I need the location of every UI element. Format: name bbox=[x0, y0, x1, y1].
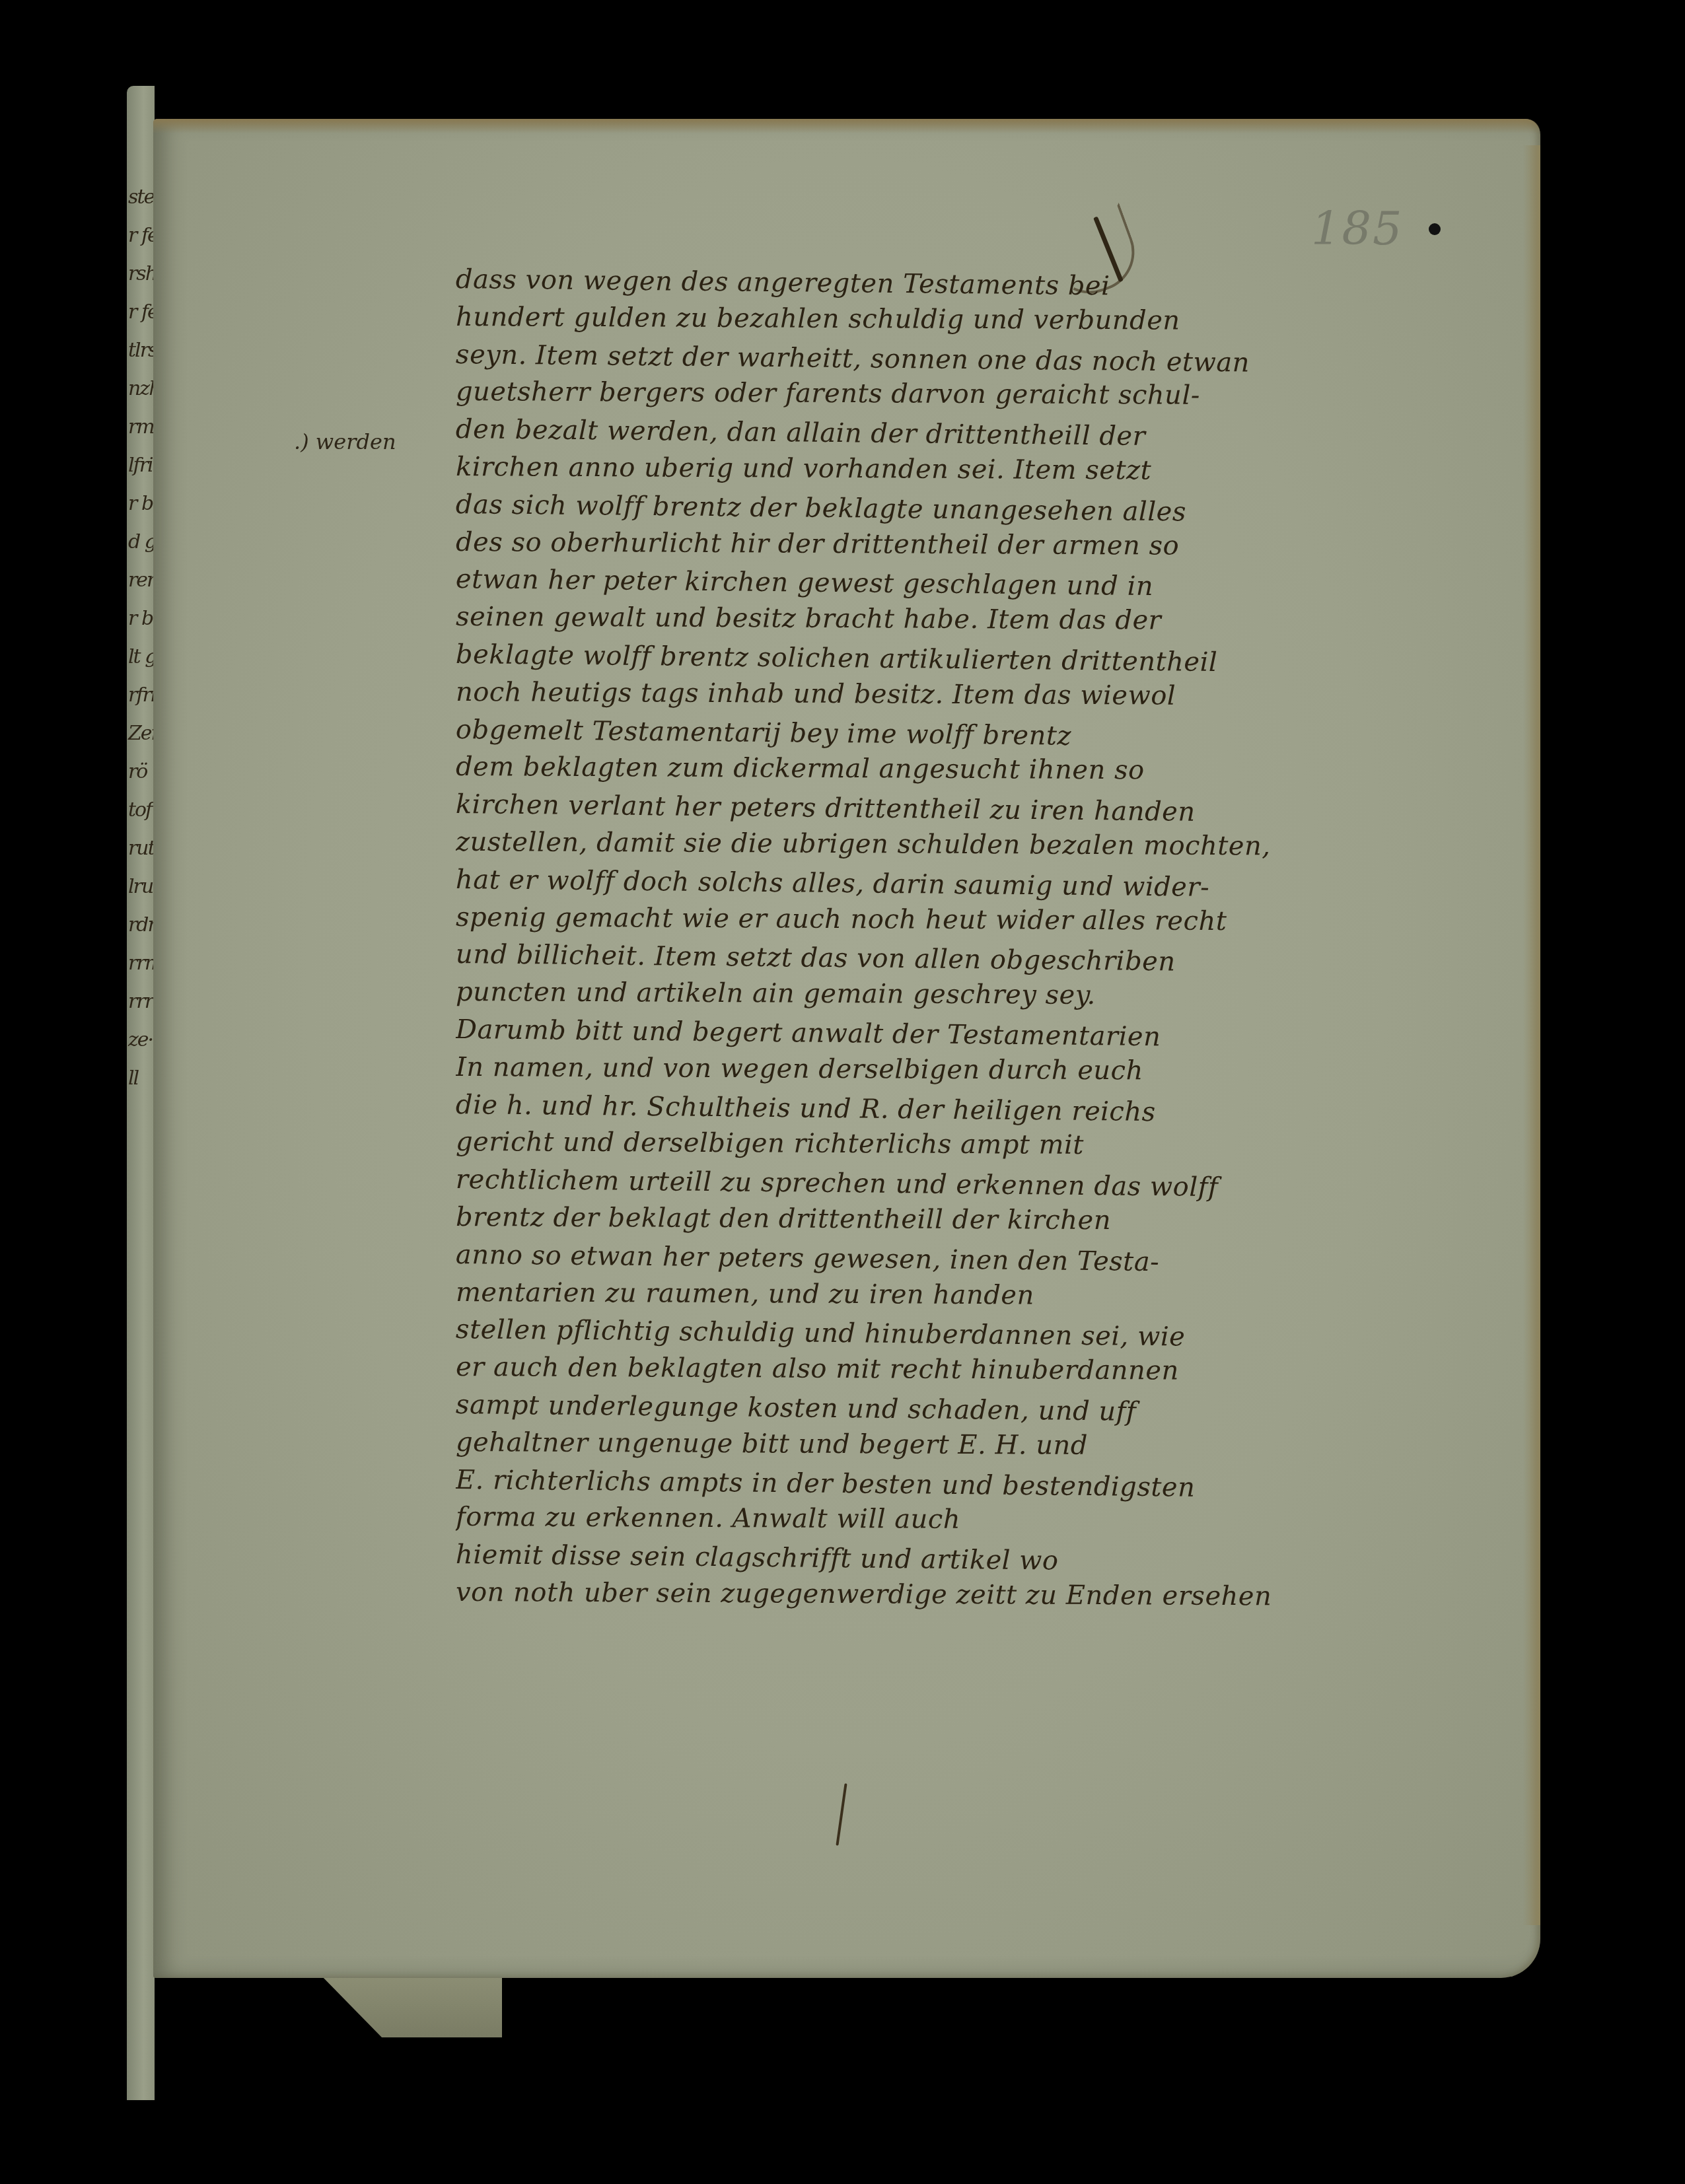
facing-page-fragment: rut bbox=[128, 829, 155, 868]
text-line: seinen gewalt und besitz bracht habe. It… bbox=[456, 598, 1486, 641]
text-line: puncten und artikeln ain gemain geschrey… bbox=[456, 973, 1486, 1016]
text-line: er auch den beklagten also mit recht hin… bbox=[456, 1349, 1486, 1391]
text-line: des so oberhurlicht hir der drittentheil… bbox=[456, 524, 1486, 567]
text-line: forma zu erkennen. Anwalt will auch bbox=[456, 1498, 1486, 1541]
text-line: spenig gemacht wie er auch noch heut wid… bbox=[456, 899, 1486, 942]
facing-page-fragment: tof bbox=[128, 791, 155, 829]
facing-page-fragment: lrum bbox=[128, 868, 155, 906]
facing-page-fragment: rrm bbox=[128, 944, 155, 983]
margin-note: .) werden bbox=[294, 429, 396, 454]
facing-page-fragment: nzhu bbox=[128, 370, 155, 408]
underlying-page-tab bbox=[317, 1971, 502, 2037]
facing-page-fragment: rshift bbox=[128, 255, 155, 293]
facing-page-fragment: Zer bbox=[128, 715, 155, 753]
text-line: zustellen, damit sie die ubrigen schulde… bbox=[456, 824, 1486, 866]
facing-page-fragment: ze· bbox=[128, 1021, 155, 1059]
text-line: gericht und derselbigen richterlichs amp… bbox=[456, 1123, 1486, 1166]
facing-page-fragment: r bem bbox=[128, 600, 155, 638]
facing-page-fragment: r fe bbox=[128, 293, 155, 332]
text-line: brentz der beklagt den drittentheill der… bbox=[456, 1199, 1486, 1242]
facing-page-fragment: rdr bbox=[128, 906, 155, 944]
facing-page-text: stesh r fen rshift r fe tlrsh nzhu rm lf… bbox=[127, 178, 155, 1098]
text-line: guetsherr bergers oder farents darvon ge… bbox=[456, 373, 1486, 416]
ink-dot-mark bbox=[1429, 223, 1441, 235]
text-line: von noth uber sein zugegenwerdige zeitt … bbox=[456, 1574, 1486, 1617]
text-line: kirchen anno uberig und vorhanden sei. I… bbox=[456, 448, 1486, 491]
facing-page-fragment: r bi bbox=[128, 485, 155, 523]
facing-page-fragment: rrrry bbox=[128, 983, 155, 1021]
text-line: noch heutigs tags inhab und besitz. Item… bbox=[456, 674, 1486, 717]
facing-page-fragment: stesh bbox=[128, 178, 155, 217]
facing-page-strip: stesh r fen rshift r fe tlrsh nzhu rm lf… bbox=[127, 86, 155, 2100]
text-line: mentarien zu raumen, und zu iren handen bbox=[456, 1274, 1486, 1317]
text-line: dem beklagten zum dickermal angesucht ih… bbox=[456, 748, 1486, 791]
facing-page-fragment: ll bbox=[128, 1059, 155, 1098]
facing-page-fragment: lfrim bbox=[128, 446, 155, 485]
facing-page-fragment: tlrsh bbox=[128, 332, 155, 370]
facing-page-fragment: rer bbox=[128, 561, 155, 600]
text-line: In namen, und von wegen derselbigen durc… bbox=[456, 1049, 1486, 1092]
folio-number: 185 bbox=[1311, 201, 1404, 256]
facing-page-fragment: rfrim bbox=[128, 676, 155, 715]
facing-page-fragment: lt gr bbox=[128, 638, 155, 676]
text-line: gehaltner ungenuge bitt und begert E. H.… bbox=[456, 1424, 1486, 1467]
manuscript-text: dass von wegen des angeregten Testaments… bbox=[456, 261, 1486, 1611]
facing-page-fragment: rö bbox=[128, 753, 155, 791]
facing-page-fragment: r fen bbox=[128, 217, 155, 255]
facing-page-fragment: d gr bbox=[128, 523, 155, 561]
facing-page-fragment: rm bbox=[128, 408, 155, 446]
text-line: hundert gulden zu bezahlen schuldig und … bbox=[456, 299, 1486, 341]
